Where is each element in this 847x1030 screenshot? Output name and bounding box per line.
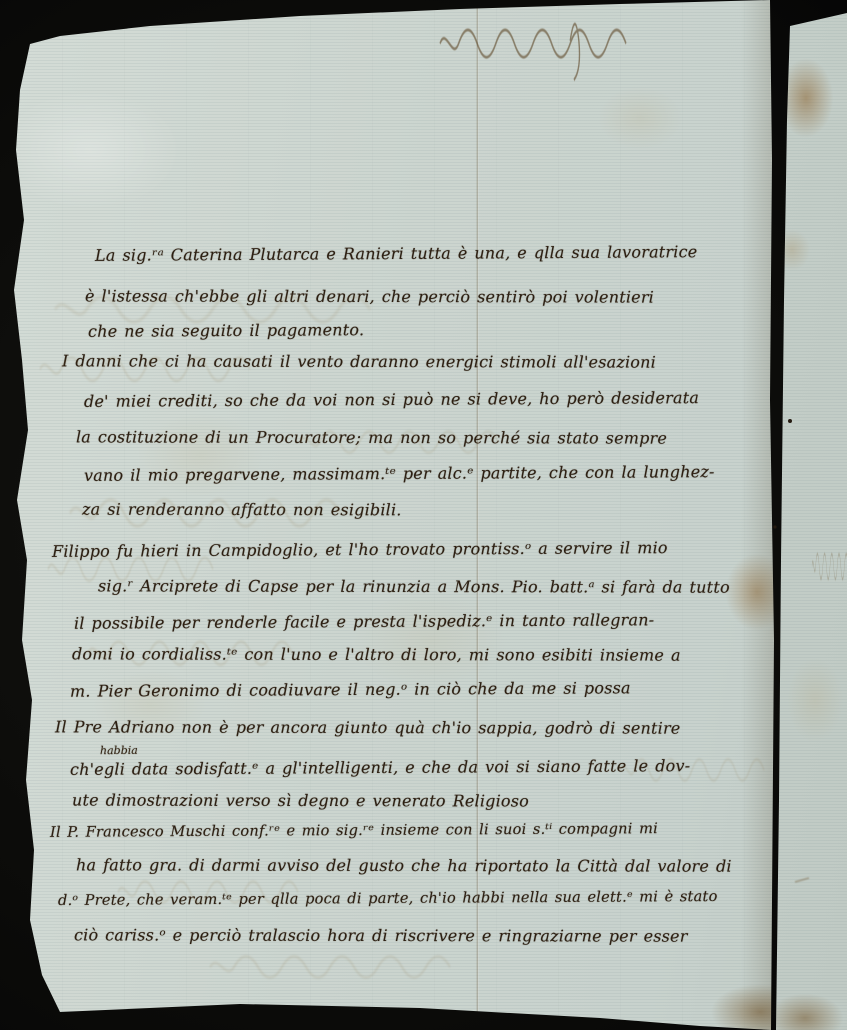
manuscript-line: che ne sia seguito il pagamento. xyxy=(88,320,364,341)
letter-page: La sig.ʳᵃ Caterina Plutarca e Ranieri tu… xyxy=(0,0,847,1030)
manuscript-line: La sig.ʳᵃ Caterina Plutarca e Ranieri tu… xyxy=(95,242,698,265)
manuscript-line: de' miei crediti, so che da voi non si p… xyxy=(84,388,699,411)
manuscript-line: è l'istessa ch'ebbe gli altri denari, ch… xyxy=(85,286,654,306)
manuscript-line: m. Pier Geronimo di coadiuvare il neg.ᵒ … xyxy=(70,678,631,700)
manuscript-line: I danni che ci ha causati il vento daran… xyxy=(62,351,656,371)
manuscript-line: ciò cariss.ᵒ e perciò tralascio hora di … xyxy=(74,925,688,945)
manuscript-line: il possibile per renderle facile e prest… xyxy=(74,610,654,633)
manuscript-scan: La sig.ʳᵃ Caterina Plutarca e Ranieri tu… xyxy=(0,0,847,1030)
manuscript-line: ch'egli data sodisfatt.ᵉ a gl'intelligen… xyxy=(70,756,690,779)
manuscript-line: Il P. Francesco Muschi conf.ʳᵉ e mio sig… xyxy=(50,820,658,841)
gutter-shading xyxy=(741,0,775,1030)
manuscript-line: vano il mio pregarvene, massimam.ᵗᵉ per … xyxy=(84,462,715,485)
manuscript-line: ute dimostrazioni verso sì degno e vener… xyxy=(72,791,529,811)
fold-crease xyxy=(476,0,479,1030)
ink-speck xyxy=(773,525,776,528)
manuscript-line: ha fatto gra. di darmi avviso del gusto … xyxy=(76,855,732,875)
manuscript-line: domi io cordialiss.ᵗᵉ con l'uno e l'altr… xyxy=(72,644,681,664)
manuscript-line: d.ᵒ Prete, che veram.ᵗᵉ per qlla poca di… xyxy=(58,888,718,909)
manuscript-line: Il Pre Adriano non è per ancora giunto q… xyxy=(55,717,681,737)
manuscript-line: Filippo fu hieri in Campidoglio, et l'ho… xyxy=(52,538,668,561)
manuscript-line: sig.ʳ Arciprete di Capse per la rinunzia… xyxy=(98,576,730,596)
manuscript-line: la costituzione di un Procuratore; ma no… xyxy=(76,427,667,447)
manuscript-line: za si renderanno affatto non esigibili. xyxy=(82,500,402,520)
interlinear-insertion: habbia xyxy=(100,744,138,757)
